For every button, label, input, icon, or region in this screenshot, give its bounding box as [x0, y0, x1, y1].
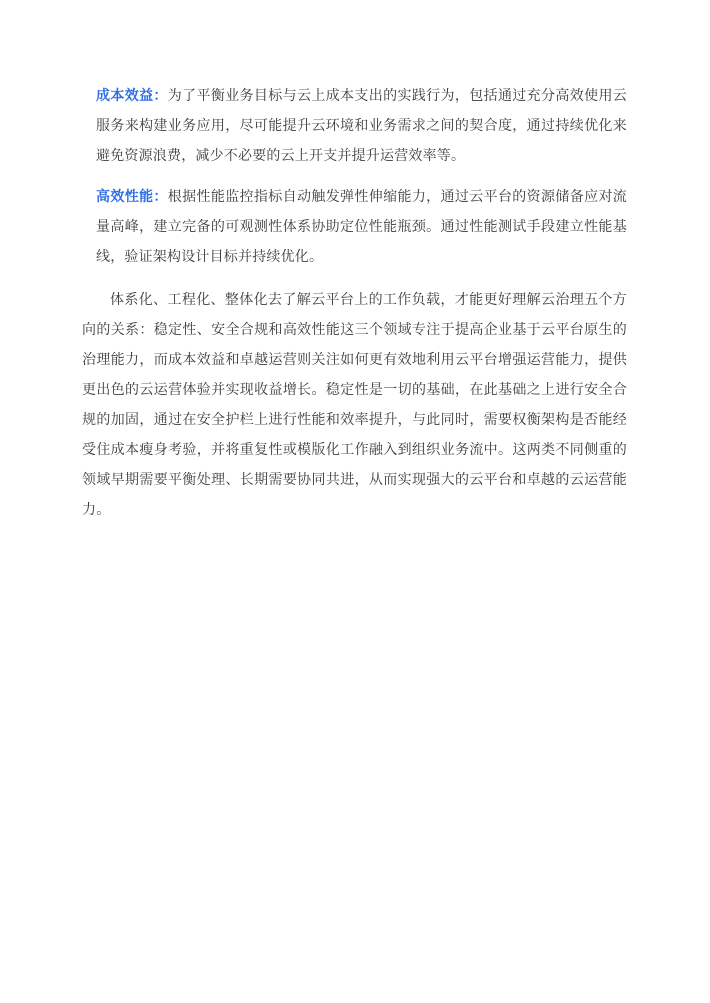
paragraph-summary-text: 体系化、工程化、整体化去了解云平台上的工作负载，才能更好理解云治理五个方向的关系…	[82, 291, 627, 517]
paragraph-summary: 体系化、工程化、整体化去了解云平台上的工作负载，才能更好理解云治理五个方向的关系…	[82, 284, 627, 524]
paragraph-efficient-performance-text: 根据性能监控指标自动触发弹性伸缩能力，通过云平台的资源储备应对流量高峰，建立完备…	[96, 188, 627, 264]
paragraph-cost-effectiveness: 成本效益：为了平衡业务目标与云上成本支出的实践行为，包括通过充分高效使用云服务来…	[96, 80, 627, 170]
document-page: 成本效益：为了平衡业务目标与云上成本支出的实践行为，包括通过充分高效使用云服务来…	[0, 0, 710, 1003]
paragraph-efficient-performance: 高效性能：根据性能监控指标自动触发弹性伸缩能力，通过云平台的资源储备应对流量高峰…	[96, 181, 627, 271]
paragraph-cost-effectiveness-text: 为了平衡业务目标与云上成本支出的实践行为，包括通过充分高效使用云服务来构建业务应…	[96, 87, 627, 163]
term-label-efficient-performance: 高效性能：	[96, 188, 168, 204]
term-label-cost-effectiveness: 成本效益：	[96, 87, 168, 103]
